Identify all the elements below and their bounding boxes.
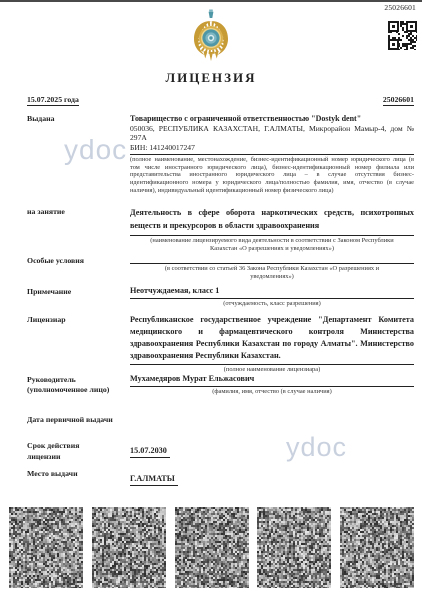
head-label-line2: (уполномоченное лицо) [27,385,130,396]
pixelated-barcode-block [175,507,249,588]
pixelated-barcode-block [340,507,414,588]
kazakhstan-emblem-icon [192,9,230,63]
issued-to-footnote: (полное наименование, местонахождение, б… [130,156,414,195]
issue-place-label: Место выдачи [27,468,130,480]
date-number-line: 15.07.2025 года 25026601 [27,95,414,106]
document-title: ЛИЦЕНЗИЯ [0,70,422,86]
pixelated-barcode-block [9,507,83,588]
row-first-issue-date: Дата первичной выдачи [27,414,414,426]
licensee-address: 050036, РЕСПУБЛИКА КАЗАХСТАН, Г.АЛМАТЫ, … [130,124,414,143]
licensor-footnote: (полное наименование лицензиара) [130,365,414,374]
row-activity: на занятие Деятельность в сфере оборота … [27,206,414,253]
special-conditions-label: Особые условия [27,255,130,267]
head-name: Мухамедяров Мурат Ельжасович [130,374,414,384]
row-special-conditions: Особые условия (в соответствии со статье… [27,255,414,281]
activity-value: Деятельность в сфере оборота наркотическ… [130,206,414,233]
issue-place-value: Г.АЛМАТЫ [130,474,178,486]
licensor-value: Республиканское государственное учрежден… [130,314,414,362]
pixelated-barcode-block [92,507,166,588]
special-conditions-empty-value [130,255,414,261]
row-remark: Примечание Неотчуждаемая, класс 1 (отчуж… [27,286,414,308]
qr-code-icon [388,21,417,50]
first-issue-label: Дата первичной выдачи [27,414,130,426]
validity-label-line2: лицензии [27,452,130,463]
license-fields: Выдана Товарищество с ограниченной ответ… [27,113,414,486]
issue-date: 15.07.2025 года [27,95,79,106]
row-head-official: Руководитель (уполномоченное лицо) Мухам… [27,374,414,396]
row-issue-place: Место выдачи Г.АЛМАТЫ [27,468,414,486]
row-issued-to: Выдана Товарищество с ограниченной ответ… [27,113,414,195]
barcode-strip [9,507,414,588]
validity-date: 15.07.2030 [130,446,170,458]
license-number-corner: 25026601 [384,3,416,12]
licensor-label: Лицензиар [27,314,130,326]
kazakhstan-emblem [192,9,230,68]
special-conditions-footnote: (в соответствии со статьей 36 Закона Рес… [130,264,414,281]
remark-footnote: (отчуждаемость, класс разрешения) [130,299,414,308]
license-number: 25026601 [383,95,414,106]
licensee-name: Товарищество с ограниченной ответственно… [130,113,414,124]
validity-label-line1: Срок действия [27,441,130,452]
licensee-bin: БИН: 141240017247 [130,143,414,152]
pixelated-barcode-block [257,507,331,588]
license-document-page: 25026601 ЛИЦЕНЗИЯ 15.07.2025 года 250266… [0,0,422,600]
row-licensor: Лицензиар Республиканское государственно… [27,314,414,374]
issued-to-label: Выдана [27,113,130,125]
page-top-edge [0,0,422,2]
head-footnote: (фамилия, имя, отчество (в случае наличи… [130,387,414,396]
row-validity: Срок действия лицензии 15.07.2030 [27,440,414,462]
remark-value: Неотчуждаемая, класс 1 [130,286,414,296]
activity-footnote: (наименование лицензируемого вида деятел… [130,236,414,253]
head-label-line1: Руководитель [27,375,130,386]
remark-label: Примечание [27,286,130,298]
field-rule [130,154,414,155]
activity-label: на занятие [27,206,130,218]
